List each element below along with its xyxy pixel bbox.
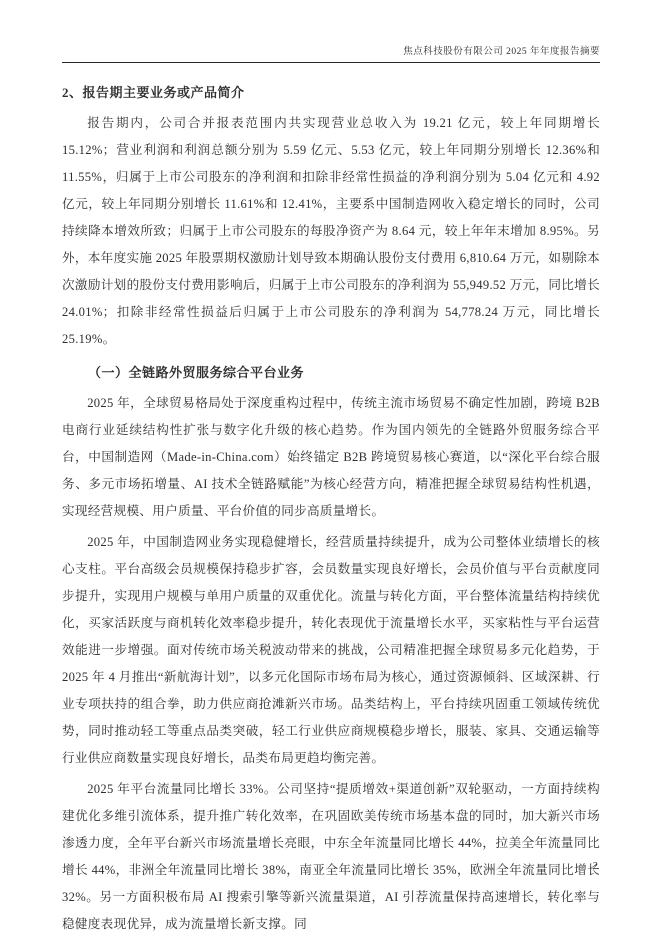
paragraph-platform-performance: 2025 年，中国制造网业务实现稳健增长，经营质量持续提升，成为公司整体业绩增长… <box>62 529 600 772</box>
paragraph-industry-overview: 2025 年，全球贸易格局处于深度重构过程中，传统主流市场贸易不确定性加剧，跨境… <box>62 390 600 525</box>
paragraph-financial-summary: 报告期内，公司合并报表范围内共实现营业总收入为 19.21 亿元，较上年同期增长… <box>62 110 600 353</box>
paragraph-traffic-growth: 2025 年平台流量同比增长 33%。公司坚持“提质增效+渠道创新”双轮驱动，一… <box>62 776 600 936</box>
page-number: 2 <box>593 860 598 874</box>
subsection-title: （一）全链路外贸服务综合平台业务 <box>62 359 600 386</box>
page-header: 焦点科技股份有限公司 2025 年年度报告摘要 <box>62 45 600 63</box>
page-content: 2、报告期主要业务或产品简介 报告期内，公司合并报表范围内共实现营业总收入为 1… <box>62 63 600 936</box>
report-page: 焦点科技股份有限公司 2025 年年度报告摘要 2、报告期主要业务或产品简介 报… <box>0 0 662 936</box>
section-title: 2、报告期主要业务或产品简介 <box>62 79 600 106</box>
header-title: 焦点科技股份有限公司 2025 年年度报告摘要 <box>403 47 600 57</box>
